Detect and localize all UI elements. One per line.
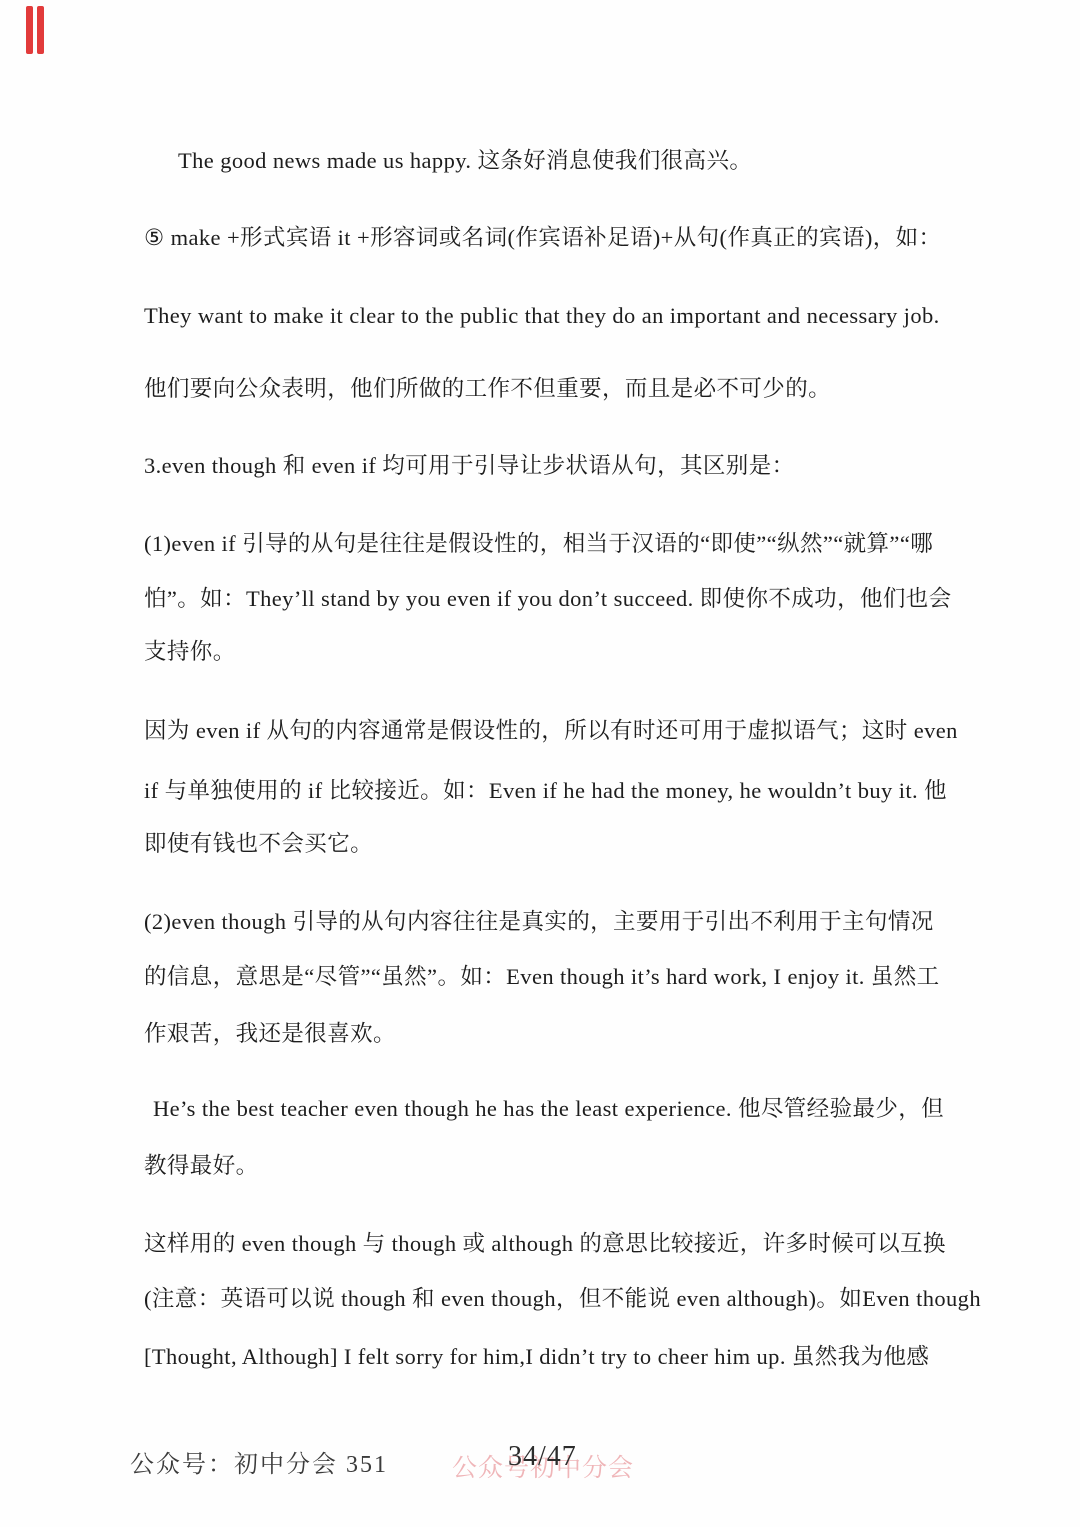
corner-red-bar bbox=[37, 6, 44, 54]
corner-red-bar bbox=[26, 6, 33, 54]
text-line: 这样用的 even though 与 though 或 although 的意思… bbox=[144, 1229, 934, 1259]
footer-account-label: 公众号：初中分会 351 bbox=[130, 1444, 388, 1479]
text-line: 的信息，意思是“尽管”“虽然”。如：Even though it’s hard … bbox=[144, 962, 934, 992]
text-line: 即使有钱也不会买它。 bbox=[144, 829, 934, 859]
text-line: 教得最好。 bbox=[144, 1151, 934, 1181]
text-line: 怕”。如：They’ll stand by you even if you do… bbox=[144, 584, 934, 614]
text-line: (2)even though 引导的从句内容往往是真实的，主要用于引出不利用于主… bbox=[144, 907, 934, 937]
document-body: The good news made us happy. 这条好消息使我们很高兴… bbox=[144, 146, 934, 1372]
text-line: ⑤ make +形式宾语 it +形容词或名词(作宾语补足语)+从句(作真正的宾… bbox=[144, 223, 934, 253]
text-line: (注意：英语可以说 though 和 even though，但不能说 even… bbox=[144, 1284, 934, 1314]
text-line: The good news made us happy. 这条好消息使我们很高兴… bbox=[144, 146, 934, 176]
text-line: He’s the best teacher even though he has… bbox=[144, 1094, 934, 1124]
text-line: if 与单独使用的 if 比较接近。如：Even if he had the m… bbox=[144, 776, 934, 806]
text-line: 他们要向公众表明，他们所做的工作不但重要，而且是必不可少的。 bbox=[144, 374, 934, 404]
text-line: 因为 even if 从句的内容通常是假设性的，所以有时还可用于虚拟语气；这时 … bbox=[144, 716, 934, 746]
text-line: 3.even though 和 even if 均可用于引导让步状语从句，其区别… bbox=[144, 451, 934, 481]
document-page: The good news made us happy. 这条好消息使我们很高兴… bbox=[0, 0, 1080, 1527]
text-line: (1)even if 引导的从句是往往是假设性的，相当于汉语的“即使”“纵然”“… bbox=[144, 529, 934, 559]
text-line: They want to make it clear to the public… bbox=[144, 301, 934, 331]
text-line: [Thought, Although] I felt sorry for him… bbox=[144, 1342, 934, 1372]
text-line: 支持你。 bbox=[144, 637, 934, 667]
text-line: 作艰苦，我还是很喜欢。 bbox=[144, 1019, 934, 1049]
page-number: 34/47 bbox=[508, 1441, 577, 1473]
corner-red-mark bbox=[26, 6, 44, 54]
